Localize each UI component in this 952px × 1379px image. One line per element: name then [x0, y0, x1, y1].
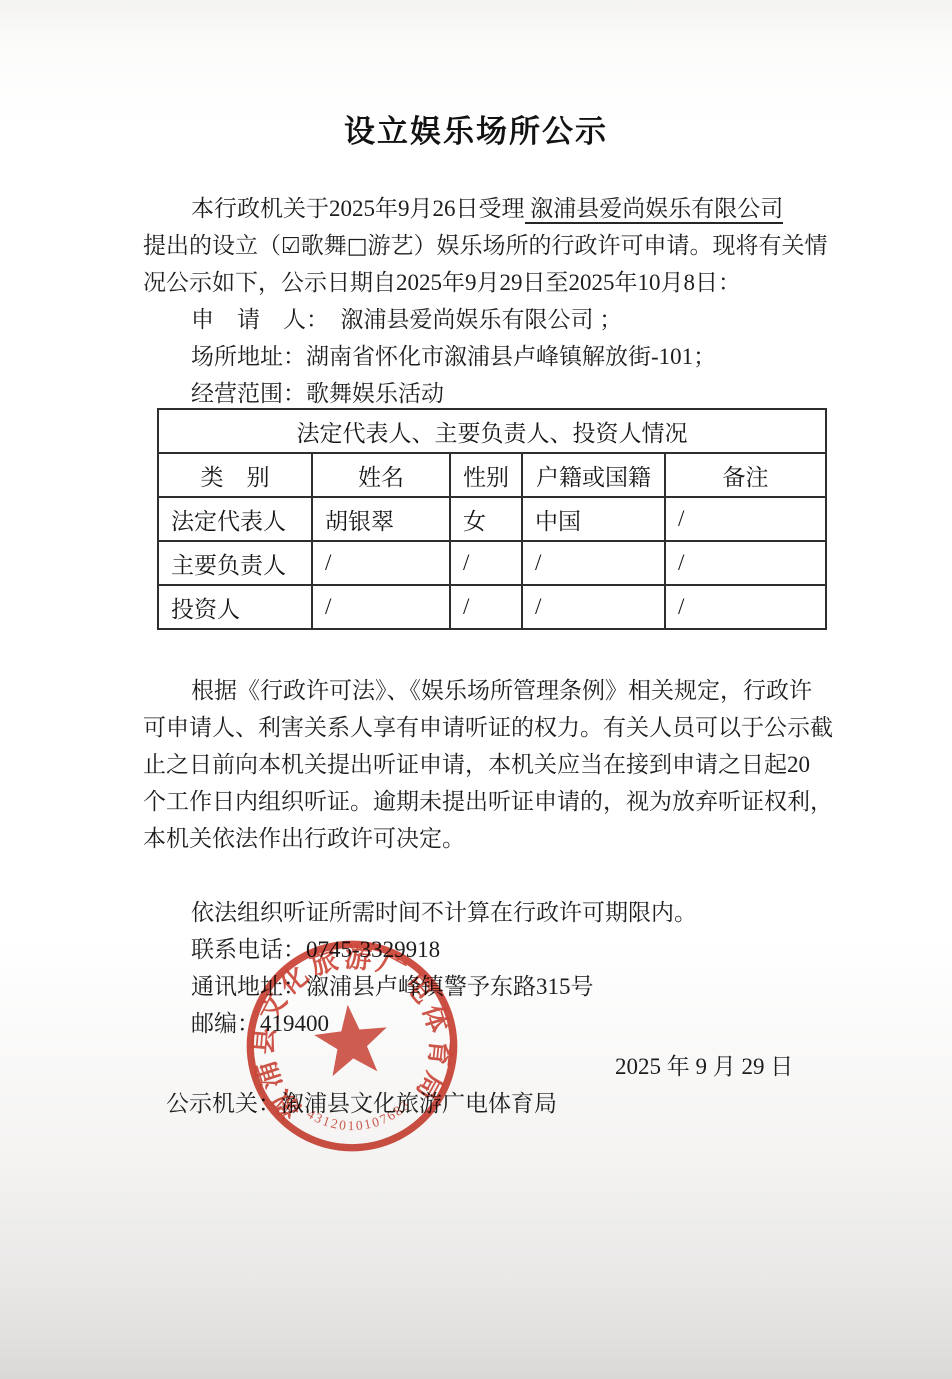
- hearing-line-5: 本机关依法作出行政许可决定。: [143, 820, 849, 857]
- intro-line-2-post: ）娱乐场所的行政许可申请。现将有关情: [414, 233, 828, 258]
- svg-text:4312010107683: 4312010107683: [303, 1095, 415, 1138]
- intro-line-3: 况公示如下，公示日期自2025年9月29日至2025年10月8日：: [143, 264, 849, 301]
- checked-checkbox-icon: ☑: [281, 234, 301, 259]
- hearing-note-line: 依法组织听证所需时间不计算在行政许可期限内。: [143, 894, 849, 931]
- representatives-table: 法定代表人、主要负责人、投资人情况 类 别 姓名 性别 户籍或国籍 备注 法定代…: [157, 408, 827, 630]
- intro-line-2-pre: 提出的设立（: [143, 233, 281, 258]
- col-header-nationality: 户籍或国籍: [522, 453, 665, 497]
- cell-gender: 女: [450, 497, 522, 541]
- hearing-line-4: 个工作日内组织听证。逾期未提出听证申请的，视为放弃听证权利，: [143, 783, 849, 820]
- table-row: 主要负责人 / / / /: [158, 541, 826, 585]
- page-title: 设立娱乐场所公示: [0, 106, 952, 151]
- cell-gender: /: [450, 585, 522, 629]
- hearing-line-3: 止之日前向本机关提出听证申请，本机关应当在接到申请之日起20: [143, 746, 849, 783]
- hearing-line-1: 根据《行政许可法》、《娱乐场所管理条例》相关规定，行政许: [143, 672, 849, 709]
- cell-name: /: [312, 585, 450, 629]
- cell-name: /: [312, 541, 450, 585]
- cell-name: 胡银翠: [312, 497, 450, 541]
- table-header-row: 类 别 姓名 性别 户籍或国籍 备注: [158, 453, 826, 497]
- cell-category: 主要负责人: [158, 541, 312, 585]
- cell-gender: /: [450, 541, 522, 585]
- intro-line-2: 提出的设立（☑歌舞□游艺）娱乐场所的行政许可申请。现将有关情: [143, 227, 849, 264]
- seal-star-icon: [311, 1001, 391, 1078]
- cell-remark: /: [665, 541, 826, 585]
- seal-code-text: 4312010107683: [303, 1095, 415, 1138]
- business-scope-line: 经营范围：歌舞娱乐活动: [143, 375, 849, 412]
- empty-checkbox-icon: □: [347, 234, 368, 259]
- cell-category: 投资人: [158, 585, 312, 629]
- venue-type-games: 游艺: [368, 233, 414, 258]
- col-header-name: 姓名: [312, 453, 450, 497]
- venue-type-singing: 歌舞: [301, 233, 347, 258]
- table-row: 法定代表人 胡银翠 女 中国 /: [158, 497, 826, 541]
- cell-category: 法定代表人: [158, 497, 312, 541]
- cell-remark: /: [665, 585, 826, 629]
- table-row: 投资人 / / / /: [158, 585, 826, 629]
- col-header-category: 类 别: [158, 453, 312, 497]
- applicant-company-underlined: 溆浦县爱尚娱乐有限公司: [525, 196, 784, 224]
- applicant-line: 申 请 人： 溆浦县爱尚娱乐有限公司 ；: [143, 301, 849, 338]
- table-caption: 法定代表人、主要负责人、投资人情况: [158, 409, 826, 453]
- hearing-paragraph: 根据《行政许可法》、《娱乐场所管理条例》相关规定，行政许 可申请人、利害关系人享…: [143, 672, 849, 857]
- announcement-document: 设立娱乐场所公示 本行政机关于2025年9月26日受理 溆浦县爱尚娱乐有限公司 …: [0, 0, 952, 1379]
- cell-nationality: 中国: [522, 497, 665, 541]
- col-header-gender: 性别: [450, 453, 522, 497]
- intro-paragraph: 本行政机关于2025年9月26日受理 溆浦县爱尚娱乐有限公司 提出的设立（☑歌舞…: [143, 190, 849, 412]
- intro-line-1: 本行政机关于2025年9月26日受理 溆浦县爱尚娱乐有限公司: [143, 190, 849, 227]
- col-header-remark: 备注: [665, 453, 826, 497]
- official-seal: 溆浦县文化旅游广电体育局 4312010107683: [242, 936, 462, 1156]
- cell-nationality: /: [522, 585, 665, 629]
- venue-address-line: 场所地址：湖南省怀化市溆浦县卢峰镇解放街-101；: [143, 338, 849, 375]
- intro-line-1-text: 本行政机关于2025年9月26日受理: [191, 196, 525, 221]
- issue-date: 2025 年 9 月 29 日: [615, 1048, 793, 1085]
- hearing-line-2: 可申请人、利害关系人享有申请听证的权力。有关人员可以于公示截: [143, 709, 849, 746]
- table-caption-row: 法定代表人、主要负责人、投资人情况: [158, 409, 826, 453]
- cell-remark: /: [665, 497, 826, 541]
- cell-nationality: /: [522, 541, 665, 585]
